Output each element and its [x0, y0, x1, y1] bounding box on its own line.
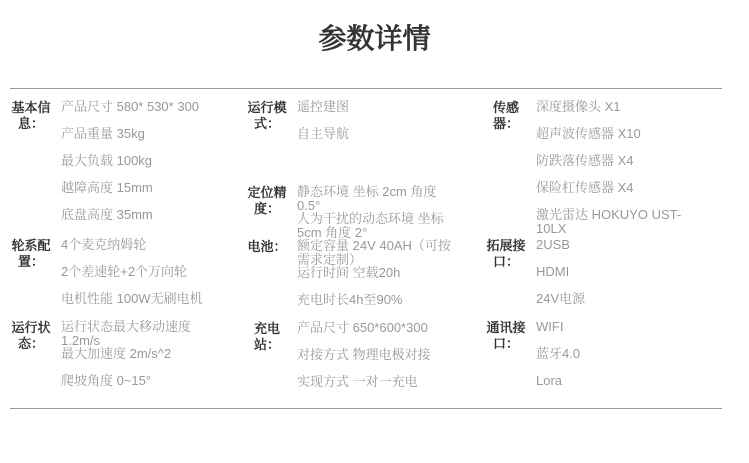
spec-values-charging-station: 产品尺寸 650*600*300 对接方式 物理电极对接 实现方式 一对一充电	[297, 321, 431, 389]
spec-values-positioning-accuracy: 静态环境 坐标 2cm 角度 0.5° 人为干扰的动态环境 坐标 5cm 角度 …	[297, 185, 444, 239]
spec-label-operating-mode: 运行模 式：	[244, 100, 290, 132]
spec-section-motion-status: 运行状 态： 运行状态最大移动速度 1.2m/s 最大加速度 2m/s^2 爬坡…	[8, 320, 240, 388]
spec-detail-page: 参数详情 基本信 息： 产品尺寸 580* 530* 300 产品重量 35kg…	[0, 0, 749, 463]
spec-section-positioning-accuracy: 定位精 度： 静态环境 坐标 2cm 角度 0.5° 人为干扰的动态环境 坐标 …	[244, 185, 478, 239]
spec-values-motion-status: 运行状态最大移动速度 1.2m/s 最大加速度 2m/s^2 爬坡角度 0~15…	[61, 320, 191, 388]
spec-values-communication-ports: WIFI 蓝牙4.0 Lora	[536, 320, 580, 388]
spec-section-basic-info: 基本信 息： 产品尺寸 580* 530* 300 产品重量 35kg 最大负载…	[8, 100, 240, 238]
spec-section-battery: 电池： 额定容量 24V 40AH（可按 需求定制） 运行时间 空载20h 充电…	[244, 239, 478, 321]
spec-label-positioning-accuracy: 定位精 度：	[244, 185, 290, 217]
spec-label-communication-ports: 通讯接 口：	[483, 320, 529, 352]
spec-values-sensors: 深度摄像头 X1 超声波传感器 X10 防跌落传感器 X4 保险杠传感器 X4 …	[536, 100, 681, 235]
spec-values-basic-info: 产品尺寸 580* 530* 300 产品重量 35kg 最大负载 100kg …	[61, 100, 199, 222]
spec-values-operating-mode: 遥控建图 自主导航	[297, 100, 349, 141]
spec-column-middle: 运行模 式： 遥控建图 自主导航 定位精 度： 静态环境 坐标 2cm 角度 0…	[244, 100, 478, 389]
spec-label-battery: 电池：	[244, 239, 290, 255]
page-title: 参数详情	[0, 0, 749, 57]
spec-section-expansion-ports: 拓展接 口： 2USB HDMI 24V电源	[483, 238, 745, 320]
spec-label-expansion-ports: 拓展接 口：	[483, 238, 529, 270]
spec-section-wheel-config: 轮系配 置： 4个麦克纳姆轮 2个差速轮+2个万向轮 电机性能 100W无刷电机	[8, 238, 240, 320]
spec-label-charging-station: 充电 站：	[244, 321, 290, 353]
spec-values-battery: 额定容量 24V 40AH（可按 需求定制） 运行时间 空载20h 充电时长4h…	[297, 239, 451, 307]
spec-values-wheel-config: 4个麦克纳姆轮 2个差速轮+2个万向轮 电机性能 100W无刷电机	[61, 238, 203, 306]
spec-label-sensors: 传感 器：	[483, 100, 529, 132]
top-divider	[10, 88, 722, 89]
bottom-divider	[10, 408, 722, 409]
spec-section-communication-ports: 通讯接 口： WIFI 蓝牙4.0 Lora	[483, 320, 745, 388]
spec-label-motion-status: 运行状 态：	[8, 320, 54, 352]
spec-column-right: 传感 器： 深度摄像头 X1 超声波传感器 X10 防跌落传感器 X4 保险杠传…	[483, 100, 745, 388]
spec-values-expansion-ports: 2USB HDMI 24V电源	[536, 238, 585, 306]
spec-section-charging-station: 充电 站： 产品尺寸 650*600*300 对接方式 物理电极对接 实现方式 …	[244, 321, 478, 389]
spec-label-basic-info: 基本信 息：	[8, 100, 54, 132]
spec-label-wheel-config: 轮系配 置：	[8, 238, 54, 270]
spec-column-left: 基本信 息： 产品尺寸 580* 530* 300 产品重量 35kg 最大负载…	[8, 100, 240, 388]
spec-section-sensors: 传感 器： 深度摄像头 X1 超声波传感器 X10 防跌落传感器 X4 保险杠传…	[483, 100, 745, 238]
spec-section-operating-mode: 运行模 式： 遥控建图 自主导航	[244, 100, 478, 185]
